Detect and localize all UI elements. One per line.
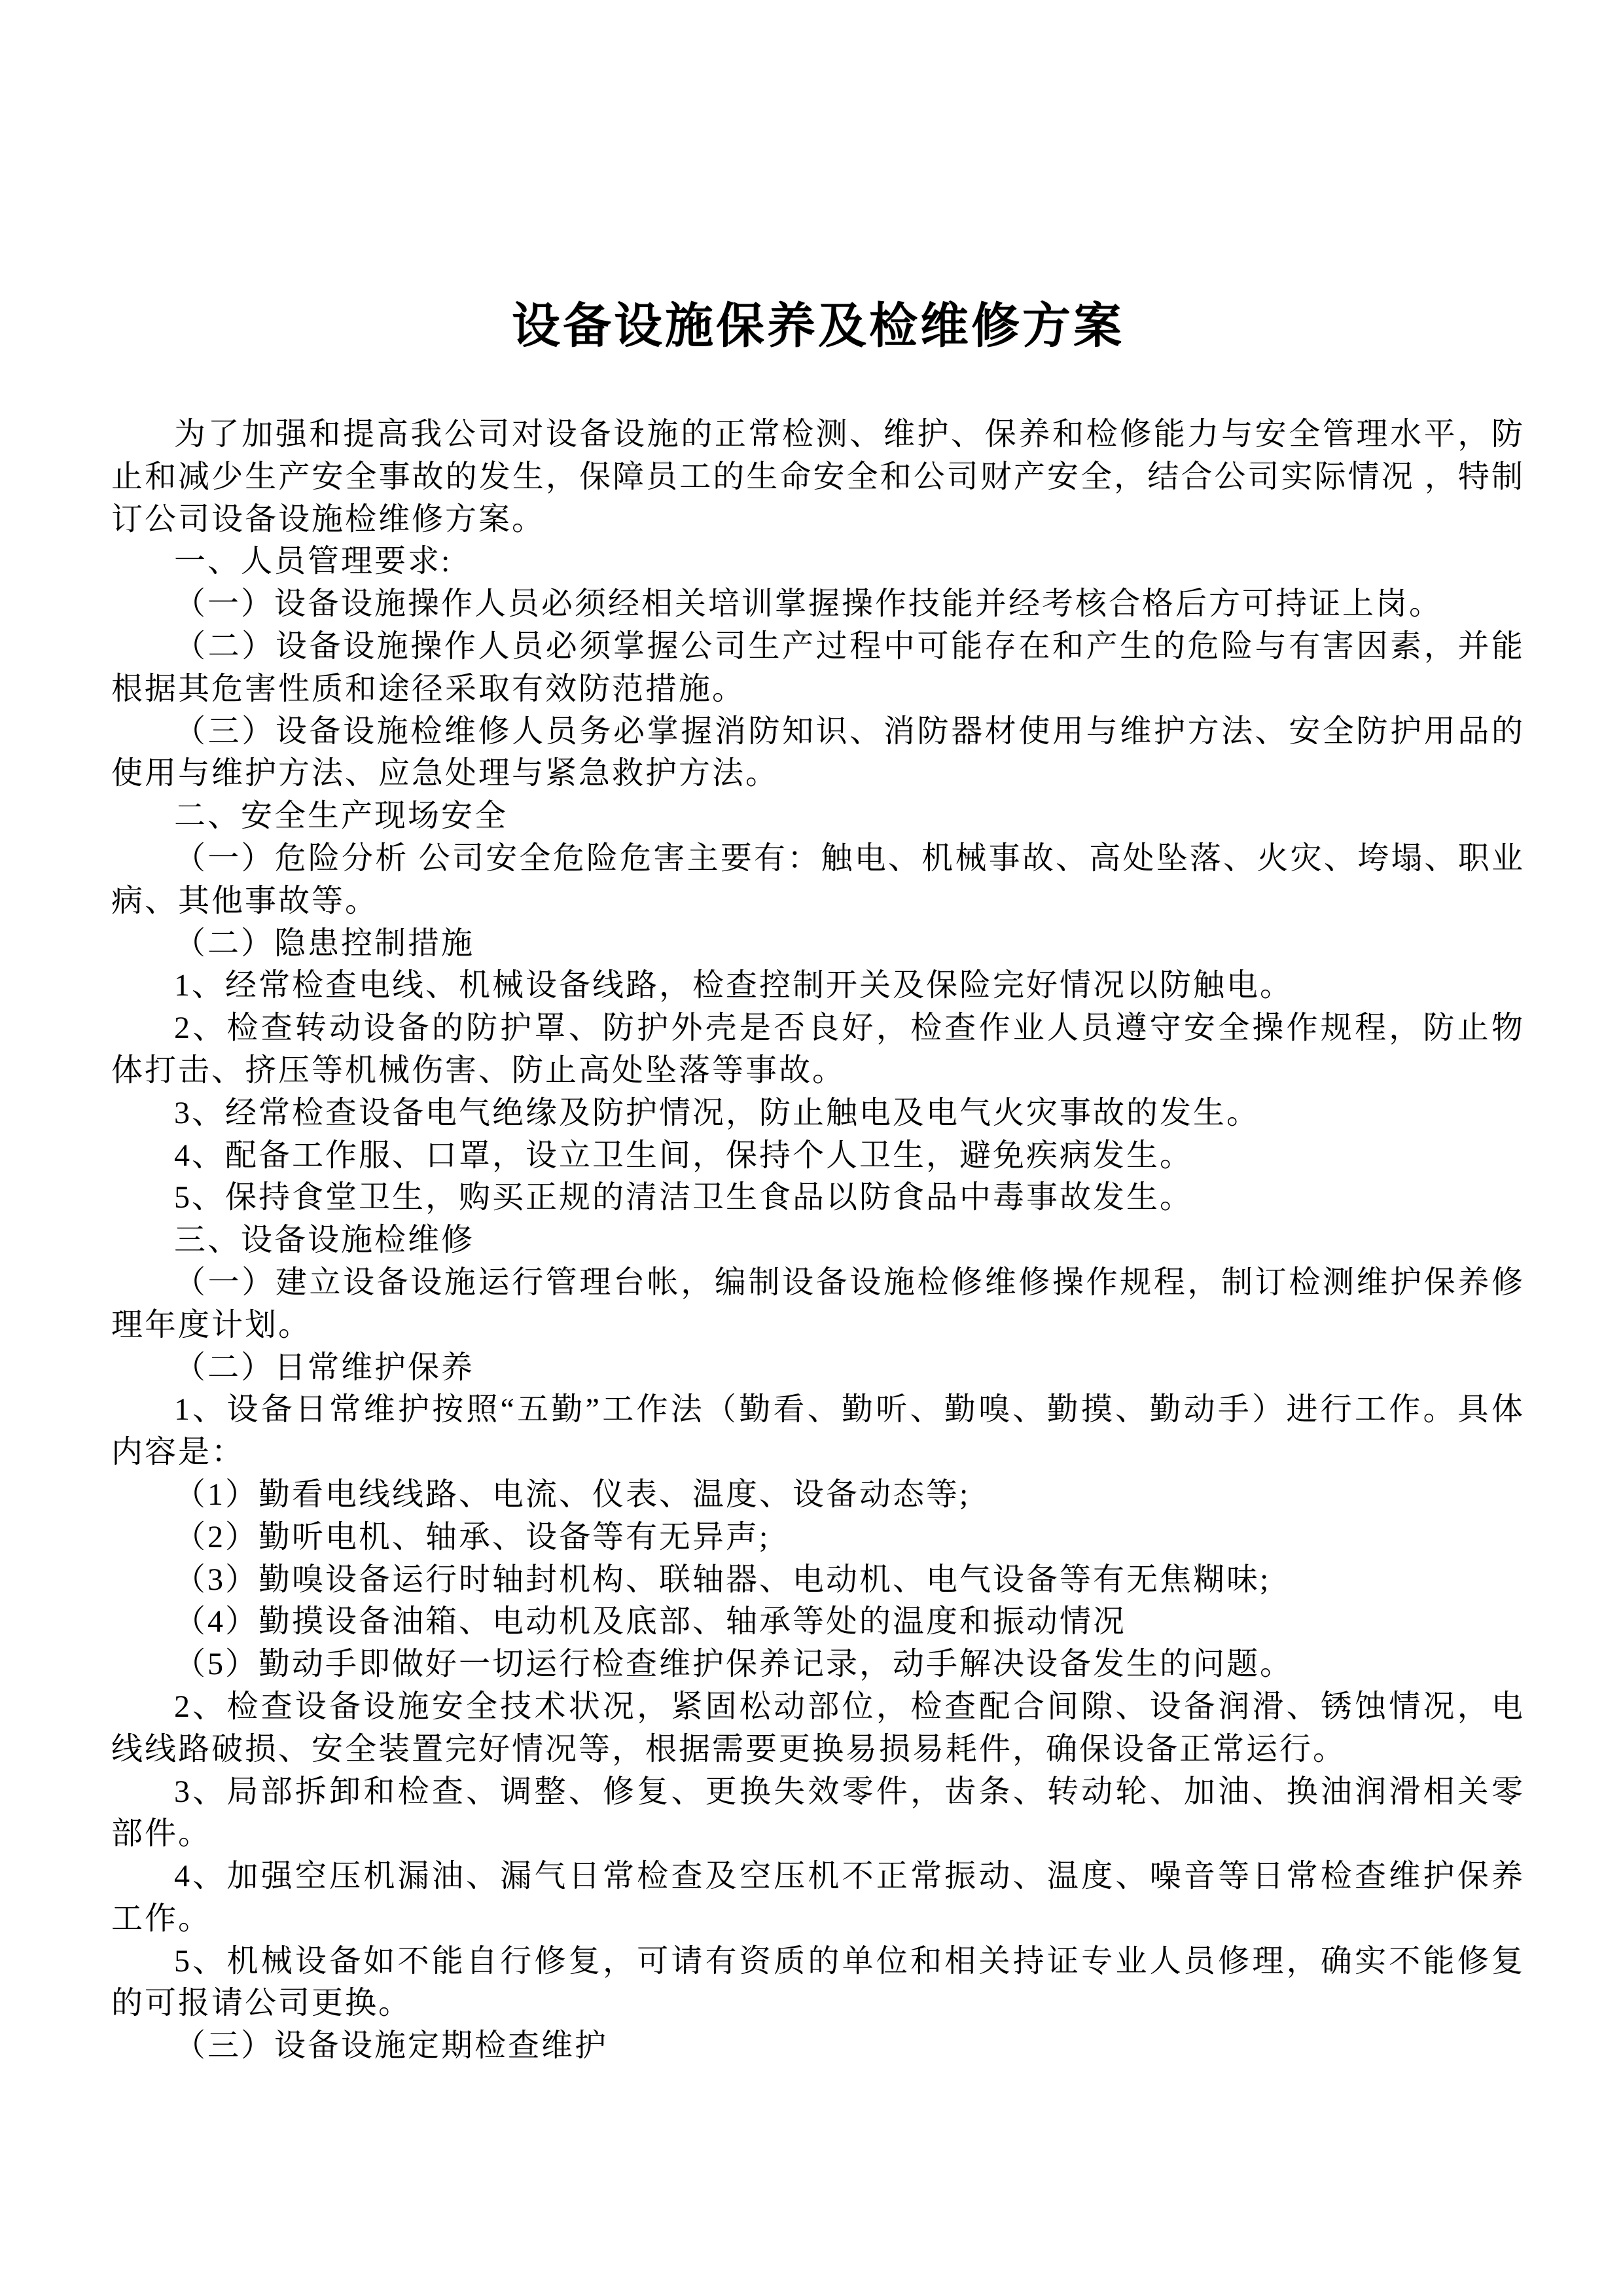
paragraph: 1、经常检查电线、机械设备线路，检查控制开关及保险完好情况以防触电。 bbox=[111, 965, 1525, 1007]
paragraph: 5、保持食堂卫生，购买正规的清洁卫生食品以防食品中毒事故发生。 bbox=[111, 1177, 1525, 1219]
paragraph: （4）勤摸设备油箱、电动机及底部、轴承等处的温度和振动情况 bbox=[111, 1601, 1525, 1643]
document-body: 为了加强和提高我公司对设备设施的正常检测、维护、保养和检修能力与安全管理水平，防… bbox=[111, 414, 1525, 2068]
paragraph: （一）设备设施操作人员必须经相关培训掌握操作技能并经考核合格后方可持证上岗。 bbox=[111, 583, 1525, 626]
paragraph: （一）建立设备设施运行管理台帐，编制设备设施检修维修操作规程，制订检测维护保养修… bbox=[111, 1262, 1525, 1347]
paragraph: 二、安全生产现场安全 bbox=[111, 795, 1525, 838]
paragraph: 三、设备设施检维修 bbox=[111, 1219, 1525, 1262]
paragraph: 4、配备工作服、口罩，设立卫生间，保持个人卫生，避免疾病发生。 bbox=[111, 1135, 1525, 1177]
paragraph: 4、加强空压机漏油、漏气日常检查及空压机不正常振动、温度、噪音等日常检查维护保养… bbox=[111, 1856, 1525, 1941]
paragraph: （二）隐患控制措施 bbox=[111, 923, 1525, 965]
document-page: 设备设施保养及检维修方案 为了加强和提高我公司对设备设施的正常检测、维护、保养和… bbox=[0, 0, 1623, 2296]
paragraph: （三）设备设施定期检查维护 bbox=[111, 2025, 1525, 2068]
paragraph: （二）日常维护保养 bbox=[111, 1347, 1525, 1390]
paragraph: （1）勤看电线线路、电流、仪表、温度、设备动态等; bbox=[111, 1474, 1525, 1516]
paragraph: （三）设备设施检维修人员务必掌握消防知识、消防器材使用与维护方法、安全防护用品的… bbox=[111, 711, 1525, 796]
paragraph: （二）设备设施操作人员必须掌握公司生产过程中可能存在和产生的危险与有害因素，并能… bbox=[111, 626, 1525, 711]
paragraph: 5、机械设备如不能自行修复，可请有资质的单位和相关持证专业人员修理，确实不能修复… bbox=[111, 1941, 1525, 2026]
document-title: 设备设施保养及检维修方案 bbox=[111, 295, 1525, 357]
paragraph: 3、局部拆卸和检查、调整、修复、更换失效零件，齿条、转动轮、加油、换油润滑相关零… bbox=[111, 1771, 1525, 1856]
paragraph: 1、设备日常维护按照“五勤”工作法（勤看、勤听、勤嗅、勤摸、勤动手）进行工作。具… bbox=[111, 1389, 1525, 1474]
paragraph: 2、检查设备设施安全技术状况，紧固松动部位，检查配合间隙、设备润滑、锈蚀情况，电… bbox=[111, 1686, 1525, 1771]
paragraph: 3、经常检查设备电气绝缘及防护情况，防止触电及电气火灾事故的发生。 bbox=[111, 1092, 1525, 1135]
paragraph: （一）危险分析 公司安全危险危害主要有：触电、机械事故、高处坠落、火灾、垮塌、职… bbox=[111, 838, 1525, 923]
paragraph: （5）勤动手即做好一切运行检查维护保养记录，动手解决设备发生的问题。 bbox=[111, 1643, 1525, 1686]
paragraph: （2）勤听电机、轴承、设备等有无异声; bbox=[111, 1516, 1525, 1559]
paragraph: 2、检查转动设备的防护罩、防护外壳是否良好，检查作业人员遵守安全操作规程，防止物… bbox=[111, 1007, 1525, 1092]
paragraph: 为了加强和提高我公司对设备设施的正常检测、维护、保养和检修能力与安全管理水平，防… bbox=[111, 414, 1525, 541]
paragraph: （3）勤嗅设备运行时轴封机构、联轴器、电动机、电气设备等有无焦糊味; bbox=[111, 1559, 1525, 1602]
paragraph: 一、人员管理要求: bbox=[111, 541, 1525, 583]
